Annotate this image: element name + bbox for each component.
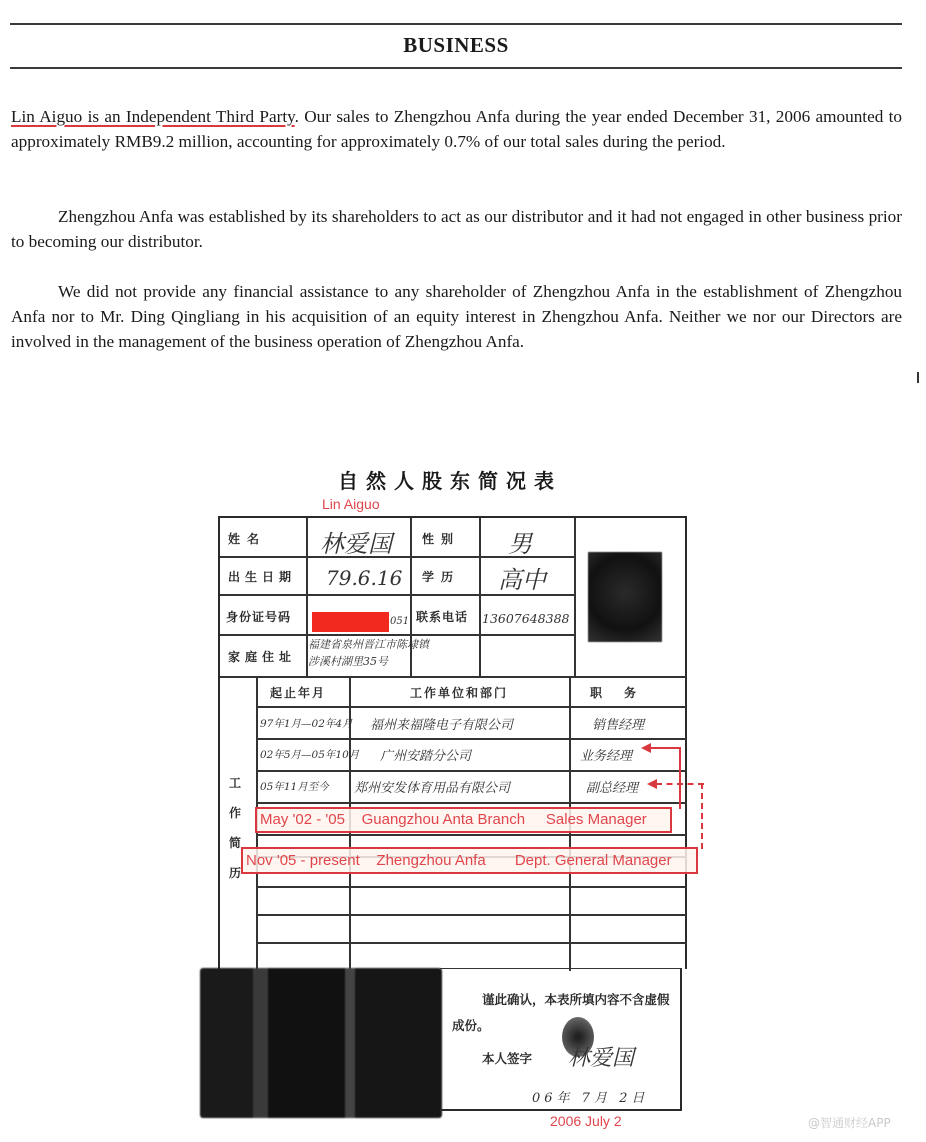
grid-line bbox=[256, 914, 687, 916]
shareholder-form: 姓名 林爱国 性别 男 出生日期 79.6.16 学历 高中 身份证号码 051… bbox=[218, 516, 687, 969]
value-education: 高中 bbox=[498, 560, 546, 595]
work-row-1-period: 97年1月—02年4月 bbox=[260, 716, 353, 731]
header-position: 职务 bbox=[590, 684, 658, 701]
signature-label: 本人签字 bbox=[482, 1049, 532, 1067]
annotation-guangzhou: May '02 - '05 Guangzhou Anta Branch Sale… bbox=[255, 807, 672, 833]
value-gender: 男 bbox=[508, 524, 532, 559]
section-title: BUSINESS bbox=[0, 33, 912, 58]
photo-redacted bbox=[588, 552, 662, 642]
work-row-3-period: 05年11月至今 bbox=[260, 779, 329, 794]
work-row-2-period: 02年5月—05年10月 bbox=[260, 747, 359, 762]
label-id-number: 身份证号码 bbox=[226, 608, 291, 625]
work-row-2-employer: 广州安踏分公司 bbox=[380, 745, 471, 764]
dashed-arrow-line bbox=[656, 783, 704, 785]
work-row-3-employer: 郑州安发体育用品有限公司 bbox=[354, 777, 510, 796]
value-address: 福建省泉州晋江市陈埭镇 涉溪村湖里35号 bbox=[308, 636, 429, 670]
arrow-head-icon bbox=[647, 779, 657, 789]
grid-line bbox=[256, 834, 687, 836]
header-rule-bottom bbox=[10, 67, 902, 69]
arrow-line bbox=[646, 747, 681, 749]
signature: 林爱国 bbox=[568, 1041, 634, 1072]
label-name: 姓名 bbox=[228, 530, 303, 547]
value-birth-date: 79.6.16 bbox=[326, 566, 402, 590]
margin-mark bbox=[917, 372, 919, 383]
grid-line bbox=[574, 518, 576, 676]
value-phone: 13607648388 bbox=[482, 611, 569, 626]
label-gender: 性别 bbox=[422, 530, 460, 547]
grid-line bbox=[256, 886, 687, 888]
paragraph-1: Lin Aiguo is an Independent Third Party.… bbox=[11, 104, 902, 154]
address-line-2: 涉溪村湖里35号 bbox=[308, 653, 429, 670]
value-name: 林爱国 bbox=[320, 524, 392, 559]
grid-line bbox=[256, 706, 687, 708]
label-address: 家庭住址 bbox=[228, 648, 296, 665]
grid-line bbox=[256, 942, 687, 944]
label-education: 学历 bbox=[422, 568, 460, 585]
label-phone: 联系电话 bbox=[416, 608, 468, 625]
watermark: @智通财经APP bbox=[808, 1114, 891, 1131]
paragraph-2: Zhengzhou Anfa was established by its sh… bbox=[11, 204, 902, 254]
id-redaction bbox=[312, 612, 389, 632]
date-annotation: 2006 July 2 bbox=[547, 1113, 625, 1129]
annotation-zhengzhou: Nov '05 - present Zhengzhou Anfa Dept. G… bbox=[241, 847, 698, 874]
label-birth-date: 出生日期 bbox=[228, 568, 296, 585]
grid-line bbox=[220, 676, 687, 678]
work-row-1-position: 销售经理 bbox=[592, 714, 644, 733]
grid-line bbox=[256, 802, 687, 804]
work-row-2-position: 业务经理 bbox=[580, 745, 632, 764]
dashed-arrow-line bbox=[701, 783, 703, 849]
header-employer: 工作单位和部门 bbox=[410, 684, 508, 701]
name-annotation: Lin Aiguo bbox=[322, 496, 380, 512]
header-rule-top bbox=[10, 23, 902, 25]
signature-box: 谨此确认，本表所填内容不含虚假成份。 本人签字 林爱国 06年 7月 2日 bbox=[440, 968, 682, 1111]
grid-line bbox=[256, 770, 687, 772]
work-row-3-position: 副总经理 bbox=[586, 777, 638, 796]
header-period: 起止年月 bbox=[270, 684, 326, 701]
work-row-1-employer: 福州来福隆电子有限公司 bbox=[370, 714, 513, 733]
paragraph-3: We did not provide any financial assista… bbox=[11, 279, 902, 354]
arrow-line bbox=[679, 747, 681, 809]
value-id-suffix: 051 bbox=[390, 616, 409, 627]
address-line-1: 福建省泉州晋江市陈埭镇 bbox=[308, 636, 429, 653]
grid-line bbox=[479, 518, 481, 676]
highlighted-phrase: Lin Aiguo is an Independent Third Party bbox=[11, 107, 295, 126]
redacted-scribble bbox=[200, 968, 442, 1118]
arrow-head-icon bbox=[641, 743, 651, 753]
signature-date: 06年 7月 2日 bbox=[532, 1087, 648, 1106]
form-title: 自然人股东简况表 bbox=[300, 465, 600, 494]
grid-line bbox=[256, 738, 687, 740]
